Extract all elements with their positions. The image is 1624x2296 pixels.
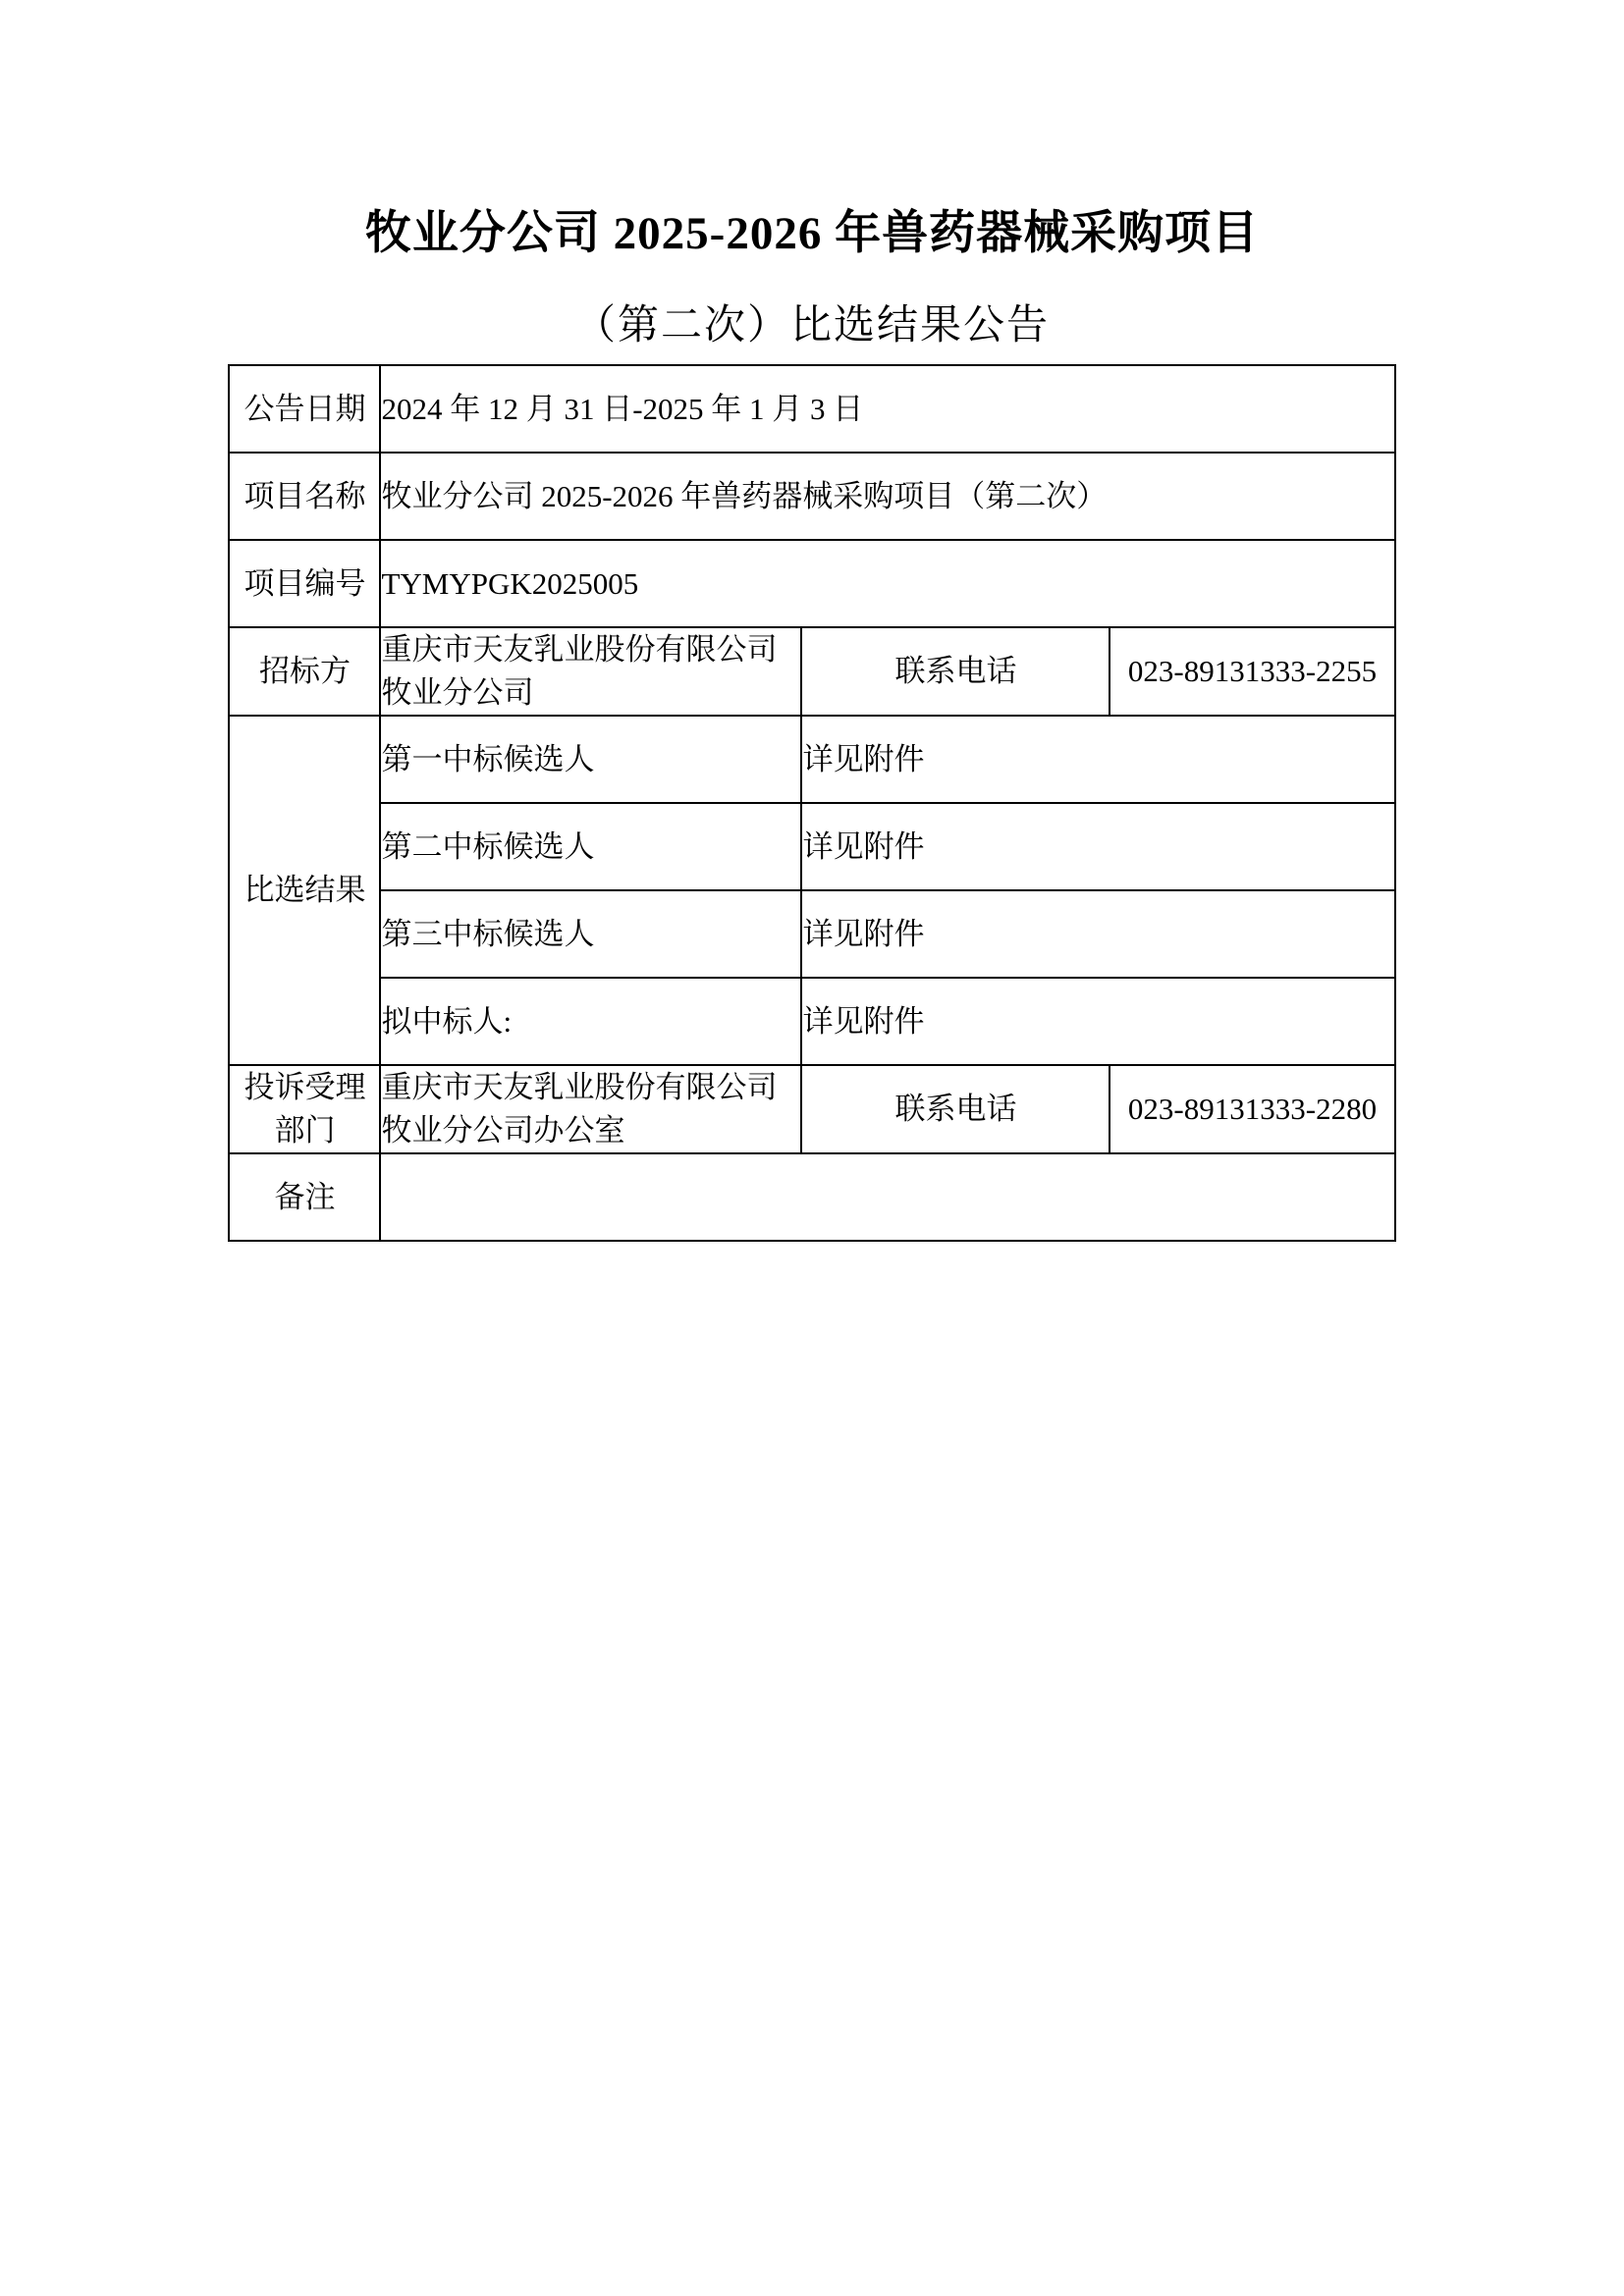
row-candidate-2: 第二中标候选人 详见附件 [229, 803, 1394, 890]
tenderer-label: 招标方 [229, 627, 380, 716]
remark-label: 备注 [229, 1153, 380, 1241]
proposed-winner-label: 拟中标人: [380, 978, 801, 1065]
tenderer-company: 重庆市天友乳业股份有限公司牧业分公司 [380, 627, 801, 716]
complaint-dept-label: 投诉受理部门 [229, 1065, 380, 1153]
row-candidate-3: 第三中标候选人 详见附件 [229, 890, 1394, 978]
result-group-label: 比选结果 [229, 716, 380, 1065]
proposed-winner-value: 详见附件 [801, 978, 1394, 1065]
row-tenderer: 招标方 重庆市天友乳业股份有限公司牧业分公司 联系电话 023-89131333… [229, 627, 1394, 716]
row-remark: 备注 [229, 1153, 1394, 1241]
row-project-number: 项目编号 TYMYPGK2025005 [229, 540, 1394, 627]
project-number-label: 项目编号 [229, 540, 380, 627]
candidate-3-value: 详见附件 [801, 890, 1394, 978]
remark-value [380, 1153, 1394, 1241]
announce-date-label: 公告日期 [229, 365, 380, 453]
candidate-1-label: 第一中标候选人 [380, 716, 801, 803]
candidate-1-value: 详见附件 [801, 716, 1394, 803]
row-candidate-1: 比选结果 第一中标候选人 详见附件 [229, 716, 1394, 803]
complaint-dept-company: 重庆市天友乳业股份有限公司牧业分公司办公室 [380, 1065, 801, 1153]
result-notice-table: 公告日期 2024 年 12 月 31 日-2025 年 1 月 3 日 项目名… [228, 364, 1395, 1242]
row-announce-date: 公告日期 2024 年 12 月 31 日-2025 年 1 月 3 日 [229, 365, 1394, 453]
candidate-2-value: 详见附件 [801, 803, 1394, 890]
candidate-2-label: 第二中标候选人 [380, 803, 801, 890]
document-title: 牧业分公司 2025-2026 年兽药器械采购项目 [0, 0, 1624, 260]
document-subtitle: （第二次）比选结果公告 [0, 303, 1624, 348]
candidate-3-label: 第三中标候选人 [380, 890, 801, 978]
row-proposed-winner: 拟中标人: 详见附件 [229, 978, 1394, 1065]
row-complaint-dept: 投诉受理部门 重庆市天友乳业股份有限公司牧业分公司办公室 联系电话 023-89… [229, 1065, 1394, 1153]
row-project-name: 项目名称 牧业分公司 2025-2026 年兽药器械采购项目（第二次） [229, 453, 1394, 540]
project-name-label: 项目名称 [229, 453, 380, 540]
project-name-value: 牧业分公司 2025-2026 年兽药器械采购项目（第二次） [380, 453, 1394, 540]
document-page: 牧业分公司 2025-2026 年兽药器械采购项目 （第二次）比选结果公告 公告… [0, 0, 1624, 2296]
complaint-phone-number: 023-89131333-2280 [1110, 1065, 1394, 1153]
project-number-value: TYMYPGK2025005 [380, 540, 1394, 627]
tenderer-phone-label: 联系电话 [801, 627, 1110, 716]
announce-date-value: 2024 年 12 月 31 日-2025 年 1 月 3 日 [380, 365, 1394, 453]
tenderer-phone-number: 023-89131333-2255 [1110, 627, 1394, 716]
complaint-phone-label: 联系电话 [801, 1065, 1110, 1153]
